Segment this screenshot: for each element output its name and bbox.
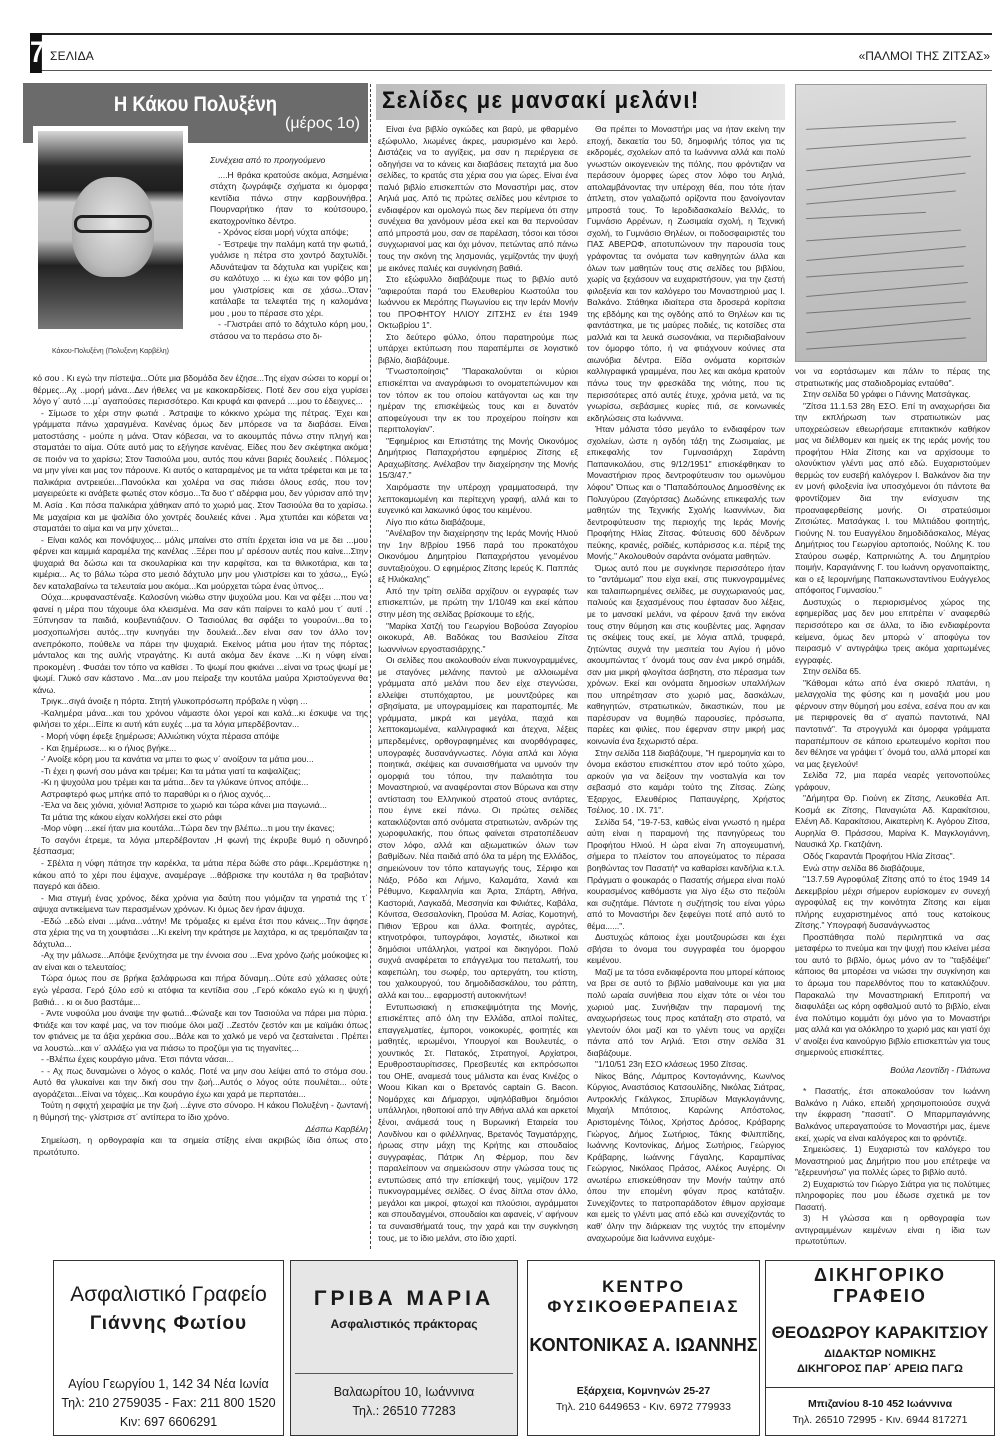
paragraph: Οι σελίδες που ακολουθούν είναι πυκνογρα…: [378, 655, 578, 1001]
ad-title-1: ΔΙΔΑΚΤΩΡ ΝΟΜΙΚΗΣ: [766, 1347, 994, 1362]
left-article-body: κό σου . Κι εγώ την πίστεψα...Ούτε μια β…: [33, 373, 368, 1158]
paragraph: -Κι η ψυχούλα μου τρέμει και τα μάτια...…: [33, 777, 368, 789]
paragraph: "Εφημέριος και Επιστάτης της Μονής Οικον…: [378, 436, 578, 482]
paragraph: "Ανέλαβον την διαχείρησην της Ιεράς Μονή…: [378, 528, 578, 586]
paragraph: Προσπάθησα πολύ περιληπτικά να σας μεταφ…: [795, 932, 990, 1059]
ad-address: Εξάρχεια, Κομνηνών 25-27: [528, 1383, 759, 1399]
footnote: * Πασατής, έτσι αποκαλούσαν τον Ιωάννη Β…: [795, 1086, 990, 1144]
footnote: 2) Ευχαριστώ τον Γιώργο Σιάτρα για τις π…: [795, 1179, 990, 1214]
paragraph: "13.7.59 Αγροφύλαξ Ζίτσης από το έτος 19…: [795, 874, 990, 932]
ad-mobile: Κιν: 697 6606291: [54, 1413, 283, 1432]
paragraph: - -Βλέπω έχεις κουράγιο μάνα. Έτσι πάντα…: [33, 1054, 368, 1066]
footnote: Σημειώσεις. 1) Ευχαριστώ τον καλόγερο το…: [795, 1144, 990, 1179]
paragraph: -Αχ την μάλωσε...Απόψε ξενύχτησα με την …: [33, 950, 368, 973]
left-article-subtitle: (μέρος 1ο): [285, 115, 360, 133]
portrait-photo: [33, 126, 188, 334]
paragraph: Δυστυχώς ο περιορισμένος χώρος της εφημε…: [795, 597, 990, 666]
section-label: ΣΕΛΙΔΑ: [50, 49, 94, 63]
paragraph: Στην σελίδα 50 γράφει ο Γιάννης Ματσάγκα…: [795, 389, 990, 401]
paragraph: -Μορ νύφη ...εκεί ήταν μια κουτάλα...Τώρ…: [33, 823, 368, 835]
paragraph: Νίκος Βάης, Λάμπρος Κοντογιάννης, Κων/νο…: [587, 1071, 785, 1244]
ad-address: Μπιζανίου 8-10 452 Ιωάννινα: [766, 1396, 994, 1412]
right-article-author: Βούλα Λεοντίδη - Πλάτωνα: [795, 1065, 990, 1077]
paragraph: - Άντε νυφούλα μου άναψε την φωτιά...Φών…: [33, 1008, 368, 1054]
paragraph: -' Ανοίξε κόρη μου τα κανάτια να μπει το…: [33, 754, 368, 766]
ad-title-2: ΔΙΚΗΓΟΡΟΣ ΠΑΡ΄ ΑΡΕΙΩ ΠΑΓΩ: [766, 1362, 994, 1377]
paragraph: - Μορή νύφη έφεξε ξημέρωσε; Αλλιώτικη νύ…: [33, 731, 368, 743]
ad-law-office: ΔΙΚΗΓΟΡΙΚΟ ΓΡΑΦΕΙΟ ΘΕΟΔΩΡΟΥ ΚΑΡΑΚΙΤΣΙΟΥ …: [765, 1260, 995, 1436]
ad-separator: [766, 1387, 994, 1388]
paragraph: - Έστρεψε την παλάμη κατά την φωτιά, γυά…: [210, 239, 368, 320]
page-number: 7: [30, 33, 42, 73]
paragraph: Οδός Γκαραντάι Προφήτου Ηλία Ζίτσας".: [795, 851, 990, 863]
paragraph: "Μαρίκα Χατζή του Γεωργίου Βοβούσα Ζαγορ…: [378, 621, 578, 656]
ad-contact: Βαλαωρίτου 10, Ιωάννινα Τηλ.: 26510 7728…: [291, 1383, 517, 1421]
ad-contact: Μπιζανίου 8-10 452 Ιωάννινα Τηλ. 26510 7…: [766, 1396, 994, 1428]
paragraph: Θα πρέπει το Μοναστήρι μας να ήταν εκείν…: [587, 124, 785, 424]
ad-griva-maria: ΓΡΙΒΑ ΜΑΡΙΑ Ασφαλιστικός πράκτορας Βαλαω…: [290, 1260, 518, 1436]
ad-name: Γιάννης Φωτίου: [54, 1313, 283, 1335]
paragraph: Το σαγόνι έτρεμε, τα λόγια μπερδέβονταν …: [33, 835, 368, 858]
ad-phone: Τηλ.: 26510 77283: [291, 1402, 517, 1421]
ad-address: Αγίου Γεωργίου 1, 142 34 Νέα Ιωνία: [54, 1375, 283, 1394]
paragraph: Ενώ στην σελίδα 86 διαβάζουμε,: [795, 863, 990, 875]
left-article-author: Δέσπω Καρβέλη: [33, 1124, 368, 1136]
ad-heading: ΔΙΚΗΓΟΡΙΚΟ ΓΡΑΦΕΙΟ: [766, 1265, 994, 1307]
middle-article-column-b: Θα πρέπει το Μοναστήρι μας να ήταν εκείν…: [587, 124, 785, 1244]
paragraph: - - Αχ πως δυναμώνει ο λόγος ο καλός. Πο…: [33, 1066, 368, 1101]
paragraph: Μαζί με τα τόσα ενδιαφέροντα που μπορεί …: [587, 967, 785, 1059]
paragraph: -Έλα να δεις χιόνια, χιόνια! Άσπρισε το …: [33, 800, 368, 812]
paragraph: "Γνωστοποίησις" "Παρακαλούνται οι κύριοι…: [378, 366, 578, 435]
paragraph: Όμως αυτό που με συγκίνησε περισσότερο ή…: [587, 563, 785, 748]
paragraph: ....Η θράκα κρατούσε ακόμα, Ασημένια στά…: [210, 170, 368, 228]
ad-insurance-fotiou: Ασφαλιστικό Γραφείο Γιάννης Φωτίου Αγίου…: [53, 1260, 284, 1436]
middle-article-header: Σελίδες με μανσακί μελάνι!: [376, 84, 785, 120]
paragraph: Από την τρίτη σελίδα αρχίζουν οι εγγραφέ…: [378, 586, 578, 621]
portrait-glasses: [74, 215, 152, 233]
paragraph: "1/10/51 23η ΕΣΟ κλάσεως 1950 Ζίτσας.: [587, 1059, 785, 1071]
paragraph: - Χρόνος είσαι μορή νύχτα απόψε;: [210, 227, 368, 239]
paragraph: Είναι ένα βιβλίο ογκώδες και βαρύ, με φθ…: [378, 124, 578, 274]
left-article-title: Η Κάκου Πολυξένη: [44, 93, 348, 117]
ad-name: ΓΡΙΒΑ ΜΑΡΙΑ: [291, 1287, 517, 1311]
ad-phone: Τηλ. 210 6449653 - Κιν. 6972 779933: [528, 1399, 759, 1415]
paragraph: "Δήμητρα Θρ. Γιούνη εκ Ζίτσης, Λευκοθέα …: [795, 793, 990, 851]
ad-name: ΘΕΟΔΩΡΟΥ ΚΑΡΑΚΙΤΣΙΟΥ: [766, 1323, 994, 1343]
paragraph: Σελίδα 72, μια παρέα νεαρές γειτονοπούλε…: [795, 770, 990, 793]
paragraph: Αστραφτερό φως μπήκε από το παραθύρι κι …: [33, 789, 368, 801]
paragraph: Σελίδα 54, "19-7-53, καθώς είναι γνωστό …: [587, 817, 785, 932]
paragraph: Στο δεύτερο φύλλο, όπου παρατηρούμε πως …: [378, 332, 578, 367]
paragraph: Εντυπωσιακή η επισκεψιμότητα της Μονής, …: [378, 1002, 578, 1244]
paragraph: κό σου . Κι εγώ την πίστεψα...Ούτε μια β…: [33, 373, 368, 408]
paragraph: "Ζίτσα 11.1.53 28η ΕΣΟ. Επί τη αναχωρήσε…: [795, 401, 990, 597]
ad-contact: Εξάρχεια, Κομνηνών 25-27 Τηλ. 210 644965…: [528, 1383, 759, 1415]
ad-heading: ΚΕΝΤΡΟ: [528, 1277, 759, 1297]
ad-separator: [295, 1373, 513, 1374]
paragraph: Τριγκ...σιγά άνοιξε η πόρτα. Στητή γλυκο…: [33, 696, 368, 708]
ad-name: ΚΟΝΤΟΝΙΚΑΣ Α. ΙΩΑΝΝΗΣ: [528, 1335, 759, 1356]
paragraph: -Τι έχει η φωνή σου μάνα και τρέμει; Και…: [33, 766, 368, 778]
paragraph: - Και ξημέρωσε... κι ο ήλιος βγήκε...: [33, 743, 368, 755]
paragraph: Τούτη η σφιχτή χειραψία με την ζωή ...έγ…: [33, 1100, 368, 1123]
middle-article-column-a: Είναι ένα βιβλίο ογκώδες και βαρύ, με φθ…: [378, 124, 578, 1244]
page-header: 7 ΣΕΛΙΔΑ «ΠΑΛΜΟΙ ΤΗΣ ΖΙΤΣΑΣ»: [30, 33, 992, 71]
paragraph: Δυστυχώς κάποιος έχει μουτζουρώσει και έ…: [587, 932, 785, 967]
ad-role: Ασφαλιστικός πράκτορας: [291, 1317, 517, 1331]
ad-phone: Τηλ: 210 2759035 - Fax: 211 800 1520: [54, 1394, 283, 1413]
paragraph: -Εδώ ..εδώ είναι ...μάνα...νάτην! Με τρό…: [33, 916, 368, 951]
column-divider: [370, 84, 371, 1249]
paragraph: "Κάθομαι κάτω από ένα σκιερό πλατάνι, η …: [795, 678, 990, 770]
paragraph: Στην σελίδα 65.: [795, 666, 990, 678]
newspaper-name: «ΠΑΛΜΟΙ ΤΗΣ ΖΙΤΣΑΣ»: [859, 49, 990, 63]
ad-address: Βαλαωρίτου 10, Ιωάννινα: [291, 1383, 517, 1402]
middle-article-title: Σελίδες με μανσακί μελάνι!: [382, 87, 700, 115]
paragraph: Τώρα όμως που σε βρήκα ξαλάφρωσα και πήρ…: [33, 973, 368, 1008]
paragraph: - Μια στιγμή ένας χρόνος, δέκα χρόνια γι…: [33, 893, 368, 916]
paragraph: Λίγο πιο κάτω διαβάζουμε,: [378, 517, 578, 529]
note: Σημείωση, η ορθογραφία και τα σημεία στί…: [33, 1135, 368, 1158]
right-column-text: νοι να εορτάσωμεν και πάλιν το πέρας της…: [795, 366, 990, 1248]
ad-heading-2: ΦΥΣΙΚΟΘΕΡΑΠΕΙΑΣ: [528, 1297, 759, 1317]
paragraph: Χαιρόμαστε την υπέροχη γραμματοσειρά, τη…: [378, 482, 578, 517]
paragraph: Στην σελίδα 118 διαβάζουμε, "Η ημερομηνί…: [587, 748, 785, 817]
paragraph: - Είναι καλός και πονόψυχος... μόλις μπα…: [33, 535, 368, 593]
left-article-intro: Συνέχεια από το προηγούμενο ....Η θράκα …: [210, 155, 368, 342]
ad-heading: Ασφαλιστικό Γραφείο: [54, 1283, 283, 1307]
paragraph: - Σίμωσε το χέρι στην φωτιά . Άστραψε το…: [33, 408, 368, 535]
paragraph: - -Γλιστράει από το δάχτυλο κόρη μου, στ…: [210, 319, 368, 342]
paragraph: Ήταν μάλιστα τόσο μεγάλο το ενδιαφέρον τ…: [587, 424, 785, 563]
continuation-note: Συνέχεια από το προηγούμενο: [210, 155, 368, 167]
ad-physiotherapy: ΚΕΝΤΡΟ ΦΥΣΙΚΟΘΕΡΑΠΕΙΑΣ ΚΟΝΤΟΝΙΚΑΣ Α. ΙΩΑ…: [527, 1260, 760, 1436]
ad-phone: Τηλ. 26510 72995 - Κιν. 6944 817271: [766, 1412, 994, 1428]
paragraph: - Σβέλτα η νύφη πάτησε την καρέκλα, τα μ…: [33, 858, 368, 893]
paragraph: Τα μάτια της κάκου είχαν κολλήσει εκεί σ…: [33, 812, 368, 824]
paragraph: Στο εξώφυλλο διαβάζουμε πως το βιβλίο αυ…: [378, 274, 578, 332]
manuscript-photo: [795, 84, 987, 362]
footnote: 3) Η γλώσσα και η ορθογραφία των αντιγρα…: [795, 1213, 990, 1248]
photo-caption: Κάκου-Πολυξένη (Πολυξενη Καρβέλη): [23, 348, 198, 355]
paragraph: νοι να εορτάσωμεν και πάλιν το πέρας της…: [795, 366, 990, 389]
paragraph: -Καλημέρα μάνα...και του χρόνου νάμαστε …: [33, 708, 368, 731]
paragraph: Ούχα....κρυφαναστέναξε. Καλοσύνη νιώθω σ…: [33, 592, 368, 696]
